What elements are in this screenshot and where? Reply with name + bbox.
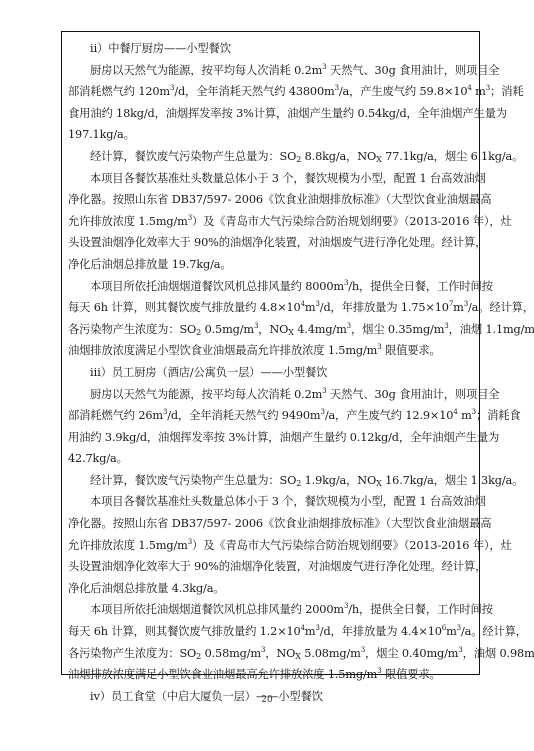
text-line: 197.1kg/a。 — [68, 124, 475, 146]
text-line: 各污染物产生浓度为：SO2 0.58mg/m3，NOX 5.08mg/m3，烟尘… — [68, 643, 475, 665]
text-line: ⅱ）中餐厅厨房——小型餐饮 — [68, 38, 475, 60]
text-line: 净化器。按照山东省 DB37/597- 2006《饮食业油烟排放标准》（大型饮食… — [68, 513, 475, 535]
text-line: 每天 6h 计算，则其餐饮废气排放量约 4.8×104m3/d，年排放量为 1.… — [68, 297, 475, 319]
page-number: 20 — [0, 695, 534, 705]
text-line: 净化器。按照山东省 DB37/597- 2006《饮食业油烟排放标准》（大型饮食… — [68, 189, 475, 211]
text-line: 本项目各餐饮基准灶头数量总体小于 3 个，餐饮规模为小型，配置 1 台高效油烟 — [68, 491, 475, 513]
text-line: 本项目各餐饮基准灶头数量总体小于 3 个，餐饮规模为小型，配置 1 台高效油烟 — [68, 168, 475, 190]
text-line: 净化后油烟总排放量 4.3kg/a。 — [68, 578, 475, 600]
text-line: 经计算，餐饮废气污染物产生总量为：SO2 8.8kg/a，NOX 77.1kg/… — [68, 146, 475, 168]
text-line: 油烟排放浓度满足小型饮食业油烟最高允许排放浓度 1.5mg/m3 限值要求。 — [68, 664, 475, 686]
text-line: ⅲ）员工厨房（酒店/公寓负一层）——小型餐饮 — [68, 362, 475, 384]
text-line: 厨房以天然气为能源，按平均每人次消耗 0.2m3 天然气、30g 食用油计，则项… — [68, 60, 475, 82]
text-line: 头设置油烟净化效率大于 90%的油烟净化装置，对油烟废气进行净化处理。经计算， — [68, 232, 475, 254]
text-line: 食用油约 18kg/d，油烟挥发率按 3%计算，油烟产生量约 0.54kg/d，… — [68, 103, 475, 125]
document-body: ⅱ）中餐厅厨房——小型餐饮厨房以天然气为能源，按平均每人次消耗 0.2m3 天然… — [68, 38, 475, 707]
text-line: 净化后油烟总排放量 19.7kg/a。 — [68, 254, 475, 276]
text-line: 部消耗燃气约 120m3/d，全年消耗天然气约 43800m3/a，产生废气约 … — [68, 81, 475, 103]
text-line: 部消耗燃气约 26m3/d，全年消耗天然气约 9490m3/a，产生废气约 12… — [68, 405, 475, 427]
text-line: 厨房以天然气为能源，按平均每人次消耗 0.2m3 天然气、30g 食用油计，则项… — [68, 384, 475, 406]
text-line: 用油约 3.9kg/d，油烟挥发率按 3%计算，油烟产生量约 0.12kg/d，… — [68, 427, 475, 449]
text-line: 本项目所依托油烟烟道餐饮风机总排风量约 2000m3/h，提供全日餐，工作时间按 — [68, 599, 475, 621]
text-line: 42.7kg/a。 — [68, 448, 475, 470]
content-frame: ⅱ）中餐厅厨房——小型餐饮厨房以天然气为能源，按平均每人次消耗 0.2m3 天然… — [61, 31, 480, 675]
text-line: 本项目所依托油烟烟道餐饮风机总排风量约 8000m3/h，提供全日餐，工作时间按 — [68, 276, 475, 298]
text-line: 每天 6h 计算，则其餐饮废气排放量约 1.2×104m3/d，年排放量为 4.… — [68, 621, 475, 643]
text-line: 允许排放浓度 1.5mg/m3）及《青岛市大气污染综合防治规划纲要》（2013-… — [68, 535, 475, 557]
text-line: 经计算，餐饮废气污染物产生总量为：SO2 1.9kg/a，NOX 16.7kg/… — [68, 470, 475, 492]
text-line: 各污染物产生浓度为：SO2 0.5mg/m3，NOX 4.4mg/m3，烟尘 0… — [68, 319, 475, 341]
text-line: 允许排放浓度 1.5mg/m3）及《青岛市大气污染综合防治规划纲要》（2013-… — [68, 211, 475, 233]
text-line: 头设置油烟净化效率大于 90%的油烟净化装置，对油烟废气进行净化处理。经计算， — [68, 556, 475, 578]
text-line: 油烟排放浓度满足小型饮食业油烟最高允许排放浓度 1.5mg/m3 限值要求。 — [68, 340, 475, 362]
